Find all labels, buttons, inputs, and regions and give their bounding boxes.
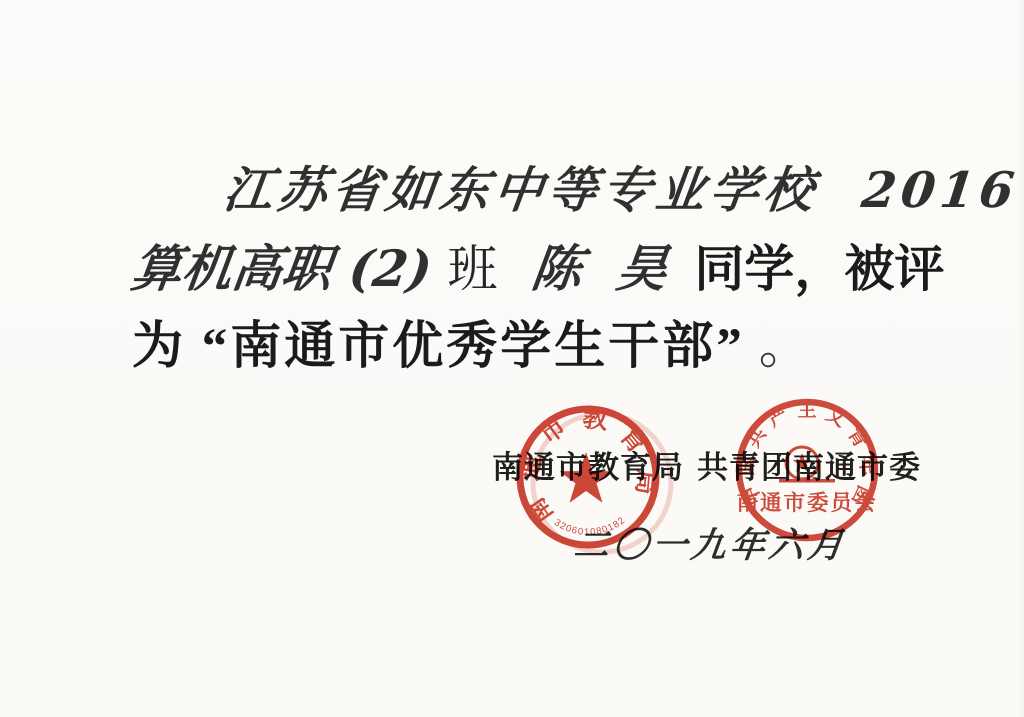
seal-banner-text: 南通市委员会 (736, 490, 877, 515)
issue-date: 二〇一九年六月 (572, 528, 849, 563)
seal-arc-char: 主 (797, 398, 816, 421)
seal-arc-char: 市 (535, 412, 572, 449)
issuer-youth-league-committee: 共青团南通市委 (697, 452, 921, 483)
issuer-education-bureau: 南通市教育局 (492, 452, 684, 483)
certificate-page: 江苏省如东中等专业学校 2016 计 算机高职 (2)班陈 昊同学，被评 为 “… (0, 0, 1024, 717)
seal-arc-char: 南 (522, 492, 559, 529)
scan-edge-shading (1018, 0, 1024, 717)
seal-arc-char: 教 (581, 404, 610, 435)
official-seals-layer: 南 通 市 教 育 局 3206010801820 中 国 共 产 主 义 青 (0, 0, 1024, 717)
